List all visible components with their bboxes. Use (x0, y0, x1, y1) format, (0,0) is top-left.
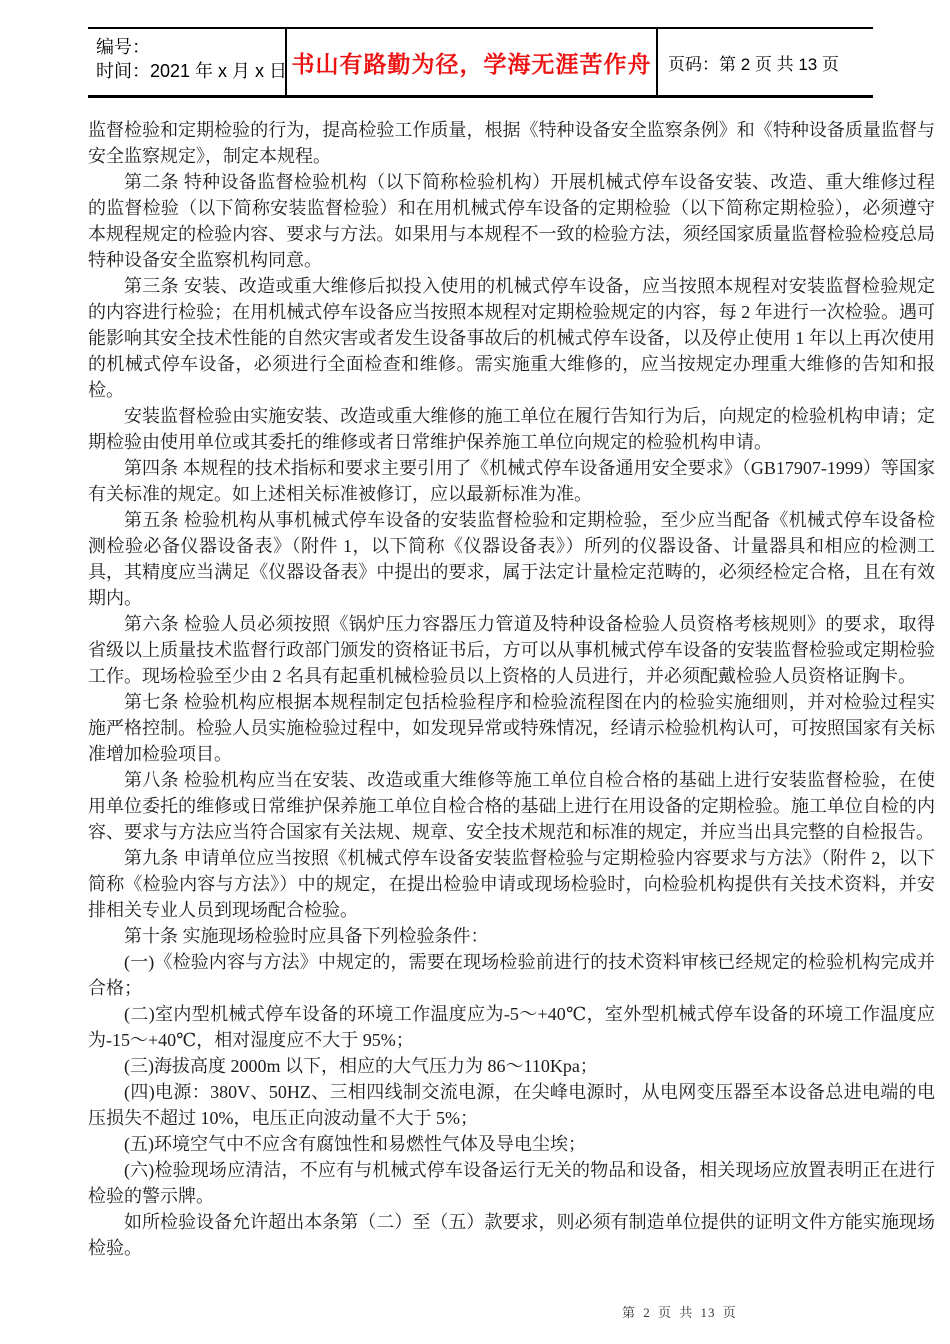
header-page-label: 页码：第 2 页 共 13 页 (668, 50, 839, 75)
doc-date-label: 时间：2021 年 x 月 x 日 (96, 59, 285, 83)
document-page: 编号： 时间：2021 年 x 月 x 日 书山有路勤为径，学海无涯苦作舟 页码… (0, 0, 950, 1344)
paragraph-condition-3: (三)海拔高度 2000m 以下，相应的大气压力为 86～110Kpa； (88, 1053, 935, 1079)
paragraph-condition-2: (二)室内型机械式停车设备的环境工作温度应为-5～+40℃，室外型机械式停车设备… (88, 1001, 935, 1053)
paragraph-article-8: 第八条 检验机构应当在安装、改造或重大维修等施工单位自检合格的基础上进行安装监督… (88, 767, 935, 845)
paragraph-article-5: 第五条 检验机构从事机械式停车设备的安装监督检验和定期检验，至少应当配备《机械式… (88, 507, 935, 611)
paragraph-article-7: 第七条 检验机构应根据本规程制定包括检验程序和检验流程图在内的检验实施细则，并对… (88, 689, 935, 767)
header-motto: 书山有路勤为径，学海无涯苦作舟 (292, 46, 652, 79)
header-page-cell: 页码：第 2 页 共 13 页 (658, 29, 873, 95)
paragraph-article-3: 第三条 安装、改造或重大维修后拟投入使用的机械式停车设备，应当按照本规程对安装监… (88, 273, 935, 403)
paragraph-condition-6: (六)检验现场应清洁，不应有与机械式停车设备运行无关的物品和设备，相关现场应放置… (88, 1157, 935, 1209)
paragraph-exception-note: 如所检验设备允许超出本条第（二）至（五）款要求，则必须有制造单位提供的证明文件方… (88, 1209, 935, 1261)
paragraph-continuation: 监督检验和定期检验的行为，提高检验工作质量，根据《特种设备安全监察条例》和《特种… (88, 117, 935, 169)
paragraph-article-6: 第六条 检验人员必须按照《锅炉压力容器压力管道及特种设备检验人员资格考核规则》的… (88, 611, 935, 689)
header-motto-cell: 书山有路勤为径，学海无涯苦作舟 (285, 29, 658, 95)
header-meta-cell: 编号： 时间：2021 年 x 月 x 日 (88, 29, 285, 95)
page-number-footer: 第 2 页 共 13 页 (622, 1302, 737, 1321)
paragraph-article-4: 第四条 本规程的技术指标和要求主要引用了《机械式停车设备通用安全要求》（GB17… (88, 455, 935, 507)
paragraph-condition-4: (四)电源：380V、50HZ、三相四线制交流电源，在尖峰电源时，从电网变压器至… (88, 1079, 935, 1131)
paragraph-application-note: 安装监督检验由实施安装、改造或重大维修的施工单位在履行告知行为后，向规定的检验机… (88, 403, 935, 455)
document-body: 监督检验和定期检验的行为，提高检验工作质量，根据《特种设备安全监察条例》和《特种… (88, 117, 935, 1261)
doc-number-label: 编号： (96, 35, 285, 59)
paragraph-condition-1: (一)《检验内容与方法》中规定的，需要在现场检验前进行的技术资料审核已经规定的检… (88, 949, 935, 1001)
header-table: 编号： 时间：2021 年 x 月 x 日 书山有路勤为径，学海无涯苦作舟 页码… (88, 27, 873, 98)
paragraph-article-9: 第九条 申请单位应当按照《机械式停车设备安装监督检验与定期检验内容要求与方法》（… (88, 845, 935, 923)
paragraph-article-2: 第二条 特种设备监督检验机构（以下简称检验机构）开展机械式停车设备安装、改造、重… (88, 169, 935, 273)
paragraph-article-10: 第十条 实施现场检验时应具备下列检验条件： (88, 923, 935, 949)
paragraph-condition-5: (五)环境空气中不应含有腐蚀性和易燃性气体及导电尘埃； (88, 1131, 935, 1157)
